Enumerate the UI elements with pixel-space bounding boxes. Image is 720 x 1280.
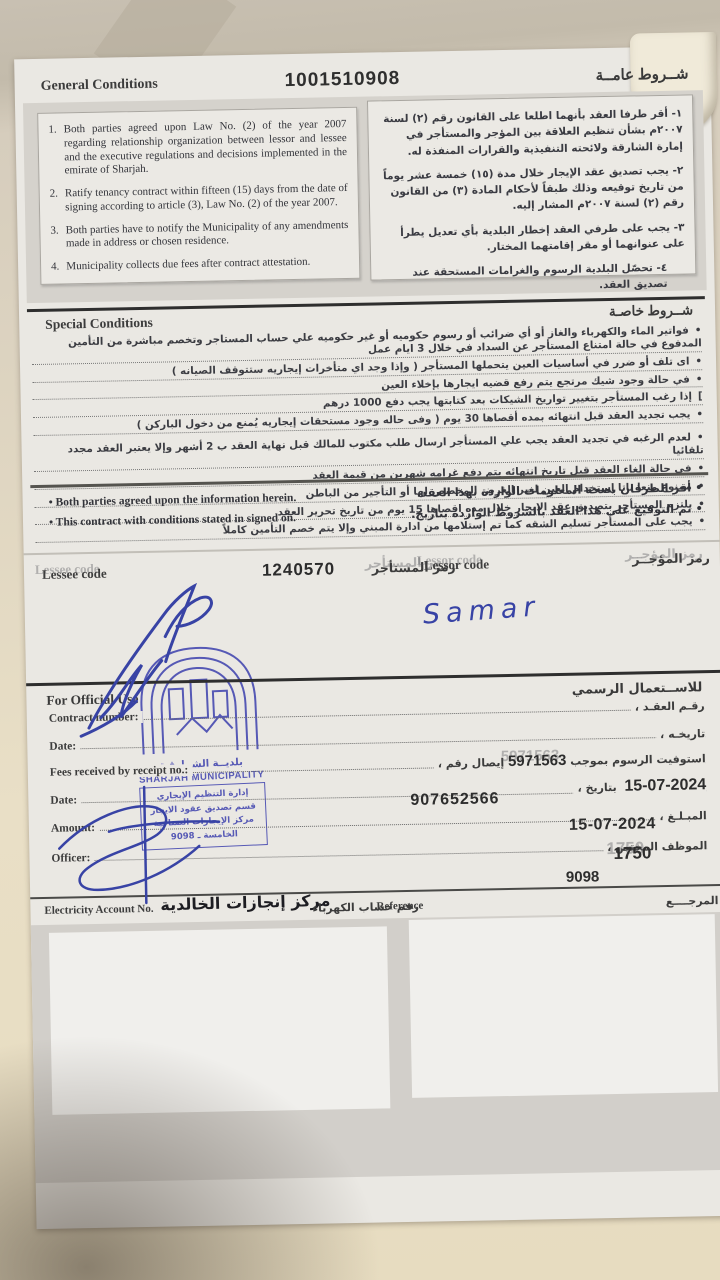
- lessor-signature: Samar: [422, 591, 542, 630]
- item-text: Both parties have to notify the Municipa…: [66, 218, 349, 251]
- contract-number-label-ar: رقـم العقـد ،: [631, 699, 705, 713]
- item-number: 4.: [51, 261, 60, 275]
- general-condition-en-3: 3. Both parties have to notify the Munic…: [50, 218, 348, 251]
- agreement-en-2: • This contract with conditions stated i…: [49, 510, 379, 528]
- contract-document-number: 1001510908: [284, 68, 400, 92]
- agreement-ar-2: • تم التوقيع على هذا العقد بالشروط الوار…: [373, 501, 703, 521]
- lessor-code-label-ar: رمز المؤجــر: [632, 550, 710, 566]
- item-text: Ratify tenancy contract within fifteen (…: [65, 182, 348, 215]
- bullet-icon: ]: [698, 391, 703, 403]
- bullet-icon: •: [695, 355, 702, 367]
- officer-date-value: 15-07-2024: [569, 815, 656, 835]
- bullet-icon: •: [695, 324, 702, 336]
- item-number: 1.: [48, 124, 57, 179]
- item-text: Both parties agreed upon Law No. (2) of …: [64, 118, 348, 178]
- bullet-icon: •: [697, 431, 704, 443]
- date2-label-ar: 15-07-2024 بتاريخ ،: [573, 776, 706, 797]
- officer-number: 1750: [613, 843, 651, 864]
- general-condition-en-4: 4. Municipality collects due fees after …: [51, 255, 349, 274]
- attestation-date-value: 15-07-2024: [624, 776, 706, 795]
- receipt-amount-number: 907652566: [410, 790, 499, 810]
- agreement-statements-ar: • أقر الطرفان بصحة المعلومات الواردة بهذ…: [372, 480, 703, 528]
- general-conditions-title-en: General Conditions: [41, 77, 158, 95]
- general-condition-ar-3: ٣- يجب على طرفي العقد إخطار البلدية بأي …: [380, 219, 685, 257]
- line-text: في حالة وجود شيك مرتجع يتم رفع قضيه ايجا…: [381, 373, 690, 391]
- line-text: فواتير الماء والكهرباء والغاز أو أي ضرائ…: [68, 324, 702, 355]
- general-conditions-box-ar: ١- أقر طرفا العقد بأنهما اطلعا على القان…: [367, 94, 696, 280]
- general-condition-en-1: 1. Both parties agreed upon Law No. (2) …: [48, 118, 347, 179]
- reference-box: [409, 914, 718, 1098]
- lessee-code-value: 1240570: [262, 559, 336, 580]
- officer-signature: [48, 775, 250, 909]
- reference-label-en: Reference: [376, 900, 423, 913]
- reference-number: 9098: [566, 868, 600, 886]
- label-prefix: استوفيت الرسوم بموجب: [570, 752, 706, 768]
- reference-label-ar: المرجــــع: [666, 894, 719, 908]
- amount-label-ar: المبـلـغ ،: [655, 809, 707, 823]
- bullet-icon: •: [696, 408, 703, 420]
- bullet-icon: •: [696, 373, 703, 385]
- receipt-number-value: 5971563: [508, 752, 567, 770]
- label-suffix: إيصال رقم ،: [438, 756, 505, 770]
- general-condition-ar-1: ١- أقر طرفا العقد بأنهما اطلعا على القان…: [378, 106, 683, 161]
- date-label-ar: تاريخـه ،: [656, 727, 705, 741]
- label-text: بتاريخ ،: [577, 781, 616, 795]
- line-text: لعدم الرغبه في تجديد العقد يجب علي المست…: [68, 432, 704, 457]
- general-condition-ar-2: ٢- يجب تصديق عقد الإيجار خلال مدة (١٥) خ…: [379, 162, 684, 217]
- electricity-account-box: [49, 926, 390, 1114]
- agreement-statements-en: • Both parties agreed upon the informati…: [49, 490, 380, 536]
- item-text: Municipality collects due fees after con…: [66, 256, 310, 274]
- special-conditions-title-ar: شــروط خاصـة: [609, 302, 693, 320]
- general-condition-en-2: 2. Ratify tenancy contract within fiftee…: [50, 182, 348, 215]
- general-condition-ar-4: ٤- تحصّل البلدية الرسوم والغرامات المستح…: [381, 260, 686, 298]
- photographed-contract-page: { "header": { "doc_number": "1001510908"…: [0, 0, 720, 1280]
- general-conditions-box-en: 1. Both parties agreed upon Law No. (2) …: [37, 107, 360, 285]
- item-number: 3.: [50, 224, 59, 252]
- item-number: 2.: [50, 188, 59, 216]
- fees-receipt-label-ar: استوفيت الرسوم بموجب 5971563 إيصال رقم ،: [434, 749, 706, 771]
- lessor-code-label: Lessor code: [424, 556, 489, 573]
- lessee-signature: [68, 575, 231, 748]
- special-conditions-title-en: Special Conditions: [45, 315, 153, 333]
- contract-paper: General Conditions 1001510908 شــروط عام…: [14, 46, 720, 1229]
- general-conditions-title-ar: شــروط عامــة: [595, 64, 688, 85]
